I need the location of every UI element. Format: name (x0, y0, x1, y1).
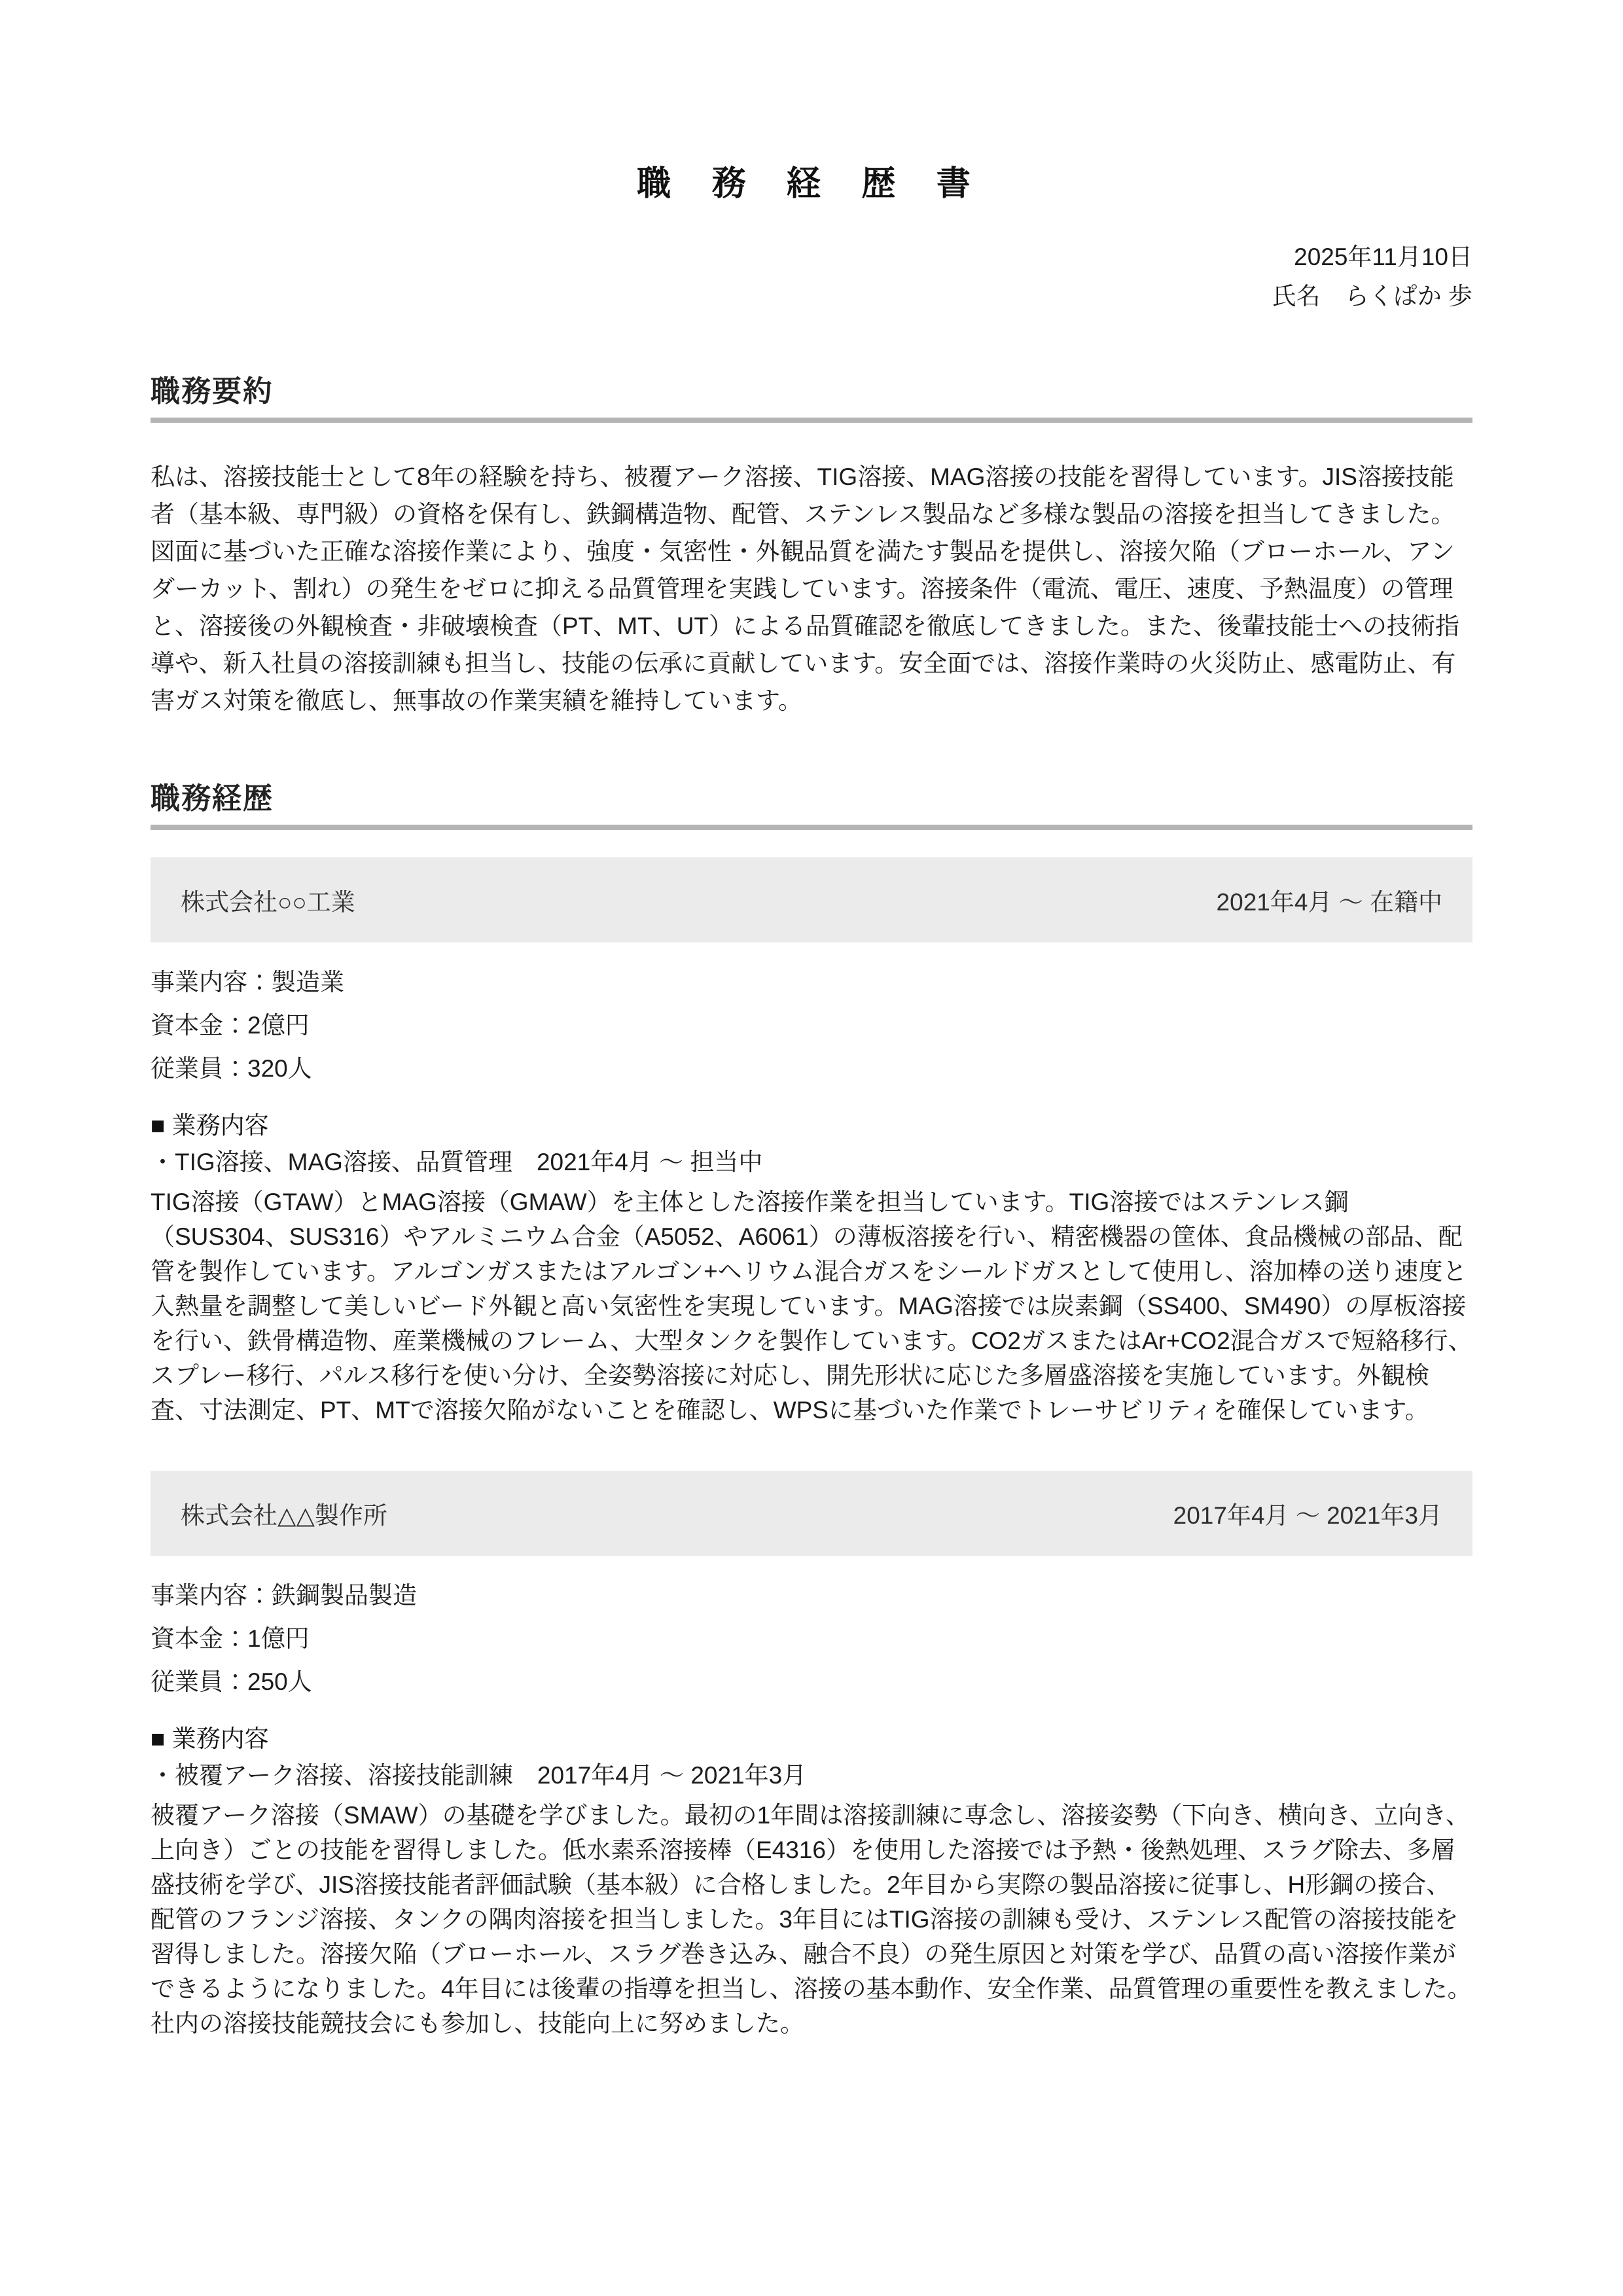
company-employees: 従業員：250人 (151, 1670, 1472, 1695)
company-name: 株式会社○○工業 (181, 882, 355, 918)
doc-date: 2025年11月10日 (151, 238, 1472, 277)
doc-meta: 2025年11月10日 氏名 らくぱか 歩 (151, 238, 1472, 316)
duties-description: 被覆アーク溶接（SMAW）の基礎を学びました。最初の1年間は溶接訓練に専念し、溶… (151, 1798, 1472, 2041)
resume-page: 職 務 経 歴 書 2025年11月10日 氏名 らくぱか 歩 職務要約 私は、… (0, 0, 1623, 2296)
duties-heading: ■ 業務内容 (151, 1725, 1472, 1753)
summary-heading: 職務要約 (151, 367, 1472, 410)
history-section: 職務経歴 株式会社○○工業 2021年4月 ～ 在籍中 事業内容：製造業 資本金… (151, 774, 1472, 2041)
page-title: 職 務 経 歴 書 (151, 156, 1472, 205)
summary-heading-rule (151, 418, 1472, 423)
duties-heading: ■ 業務内容 (151, 1111, 1472, 1140)
history-heading-rule (151, 825, 1472, 830)
summary-paragraph: 私は、溶接技能士として8年の経験を持ち、被覆アーク溶接、TIG溶接、MAG溶接の… (151, 458, 1472, 719)
doc-author-name: 氏名 らくぱか 歩 (151, 277, 1472, 316)
company-details: 事業内容：鉄鋼製品製造 資本金：1億円 従業員：250人 (151, 1583, 1472, 1695)
company-block-2: 株式会社△△製作所 2017年4月 ～ 2021年3月 事業内容：鉄鋼製品製造 … (151, 1471, 1472, 2041)
company-name: 株式会社△△製作所 (181, 1496, 387, 1531)
duties-role: ・被覆アーク溶接、溶接技能訓練 2017年4月 ～ 2021年3月 (151, 1761, 1472, 1790)
company-capital: 資本金：2億円 (151, 1013, 1472, 1038)
duties-description: TIG溶接（GTAW）とMAG溶接（GMAW）を主体とした溶接作業を担当していま… (151, 1185, 1472, 1427)
company-capital: 資本金：1億円 (151, 1626, 1472, 1651)
history-heading: 職務経歴 (151, 774, 1472, 817)
company-card: 株式会社○○工業 2021年4月 ～ 在籍中 (151, 857, 1472, 942)
company-employees: 従業員：320人 (151, 1056, 1472, 1081)
company-card: 株式会社△△製作所 2017年4月 ～ 2021年3月 (151, 1471, 1472, 1556)
summary-section: 職務要約 私は、溶接技能士として8年の経験を持ち、被覆アーク溶接、TIG溶接、M… (151, 367, 1472, 719)
company-period: 2021年4月 ～ 在籍中 (1217, 882, 1442, 918)
duties-role: ・TIG溶接、MAG溶接、品質管理 2021年4月 ～ 担当中 (151, 1148, 1472, 1177)
company-business: 事業内容：製造業 (151, 970, 1472, 995)
company-period: 2017年4月 ～ 2021年3月 (1173, 1496, 1442, 1531)
company-block-1: 株式会社○○工業 2021年4月 ～ 在籍中 事業内容：製造業 資本金：2億円 … (151, 857, 1472, 1427)
company-business: 事業内容：鉄鋼製品製造 (151, 1583, 1472, 1608)
company-details: 事業内容：製造業 資本金：2億円 従業員：320人 (151, 970, 1472, 1081)
